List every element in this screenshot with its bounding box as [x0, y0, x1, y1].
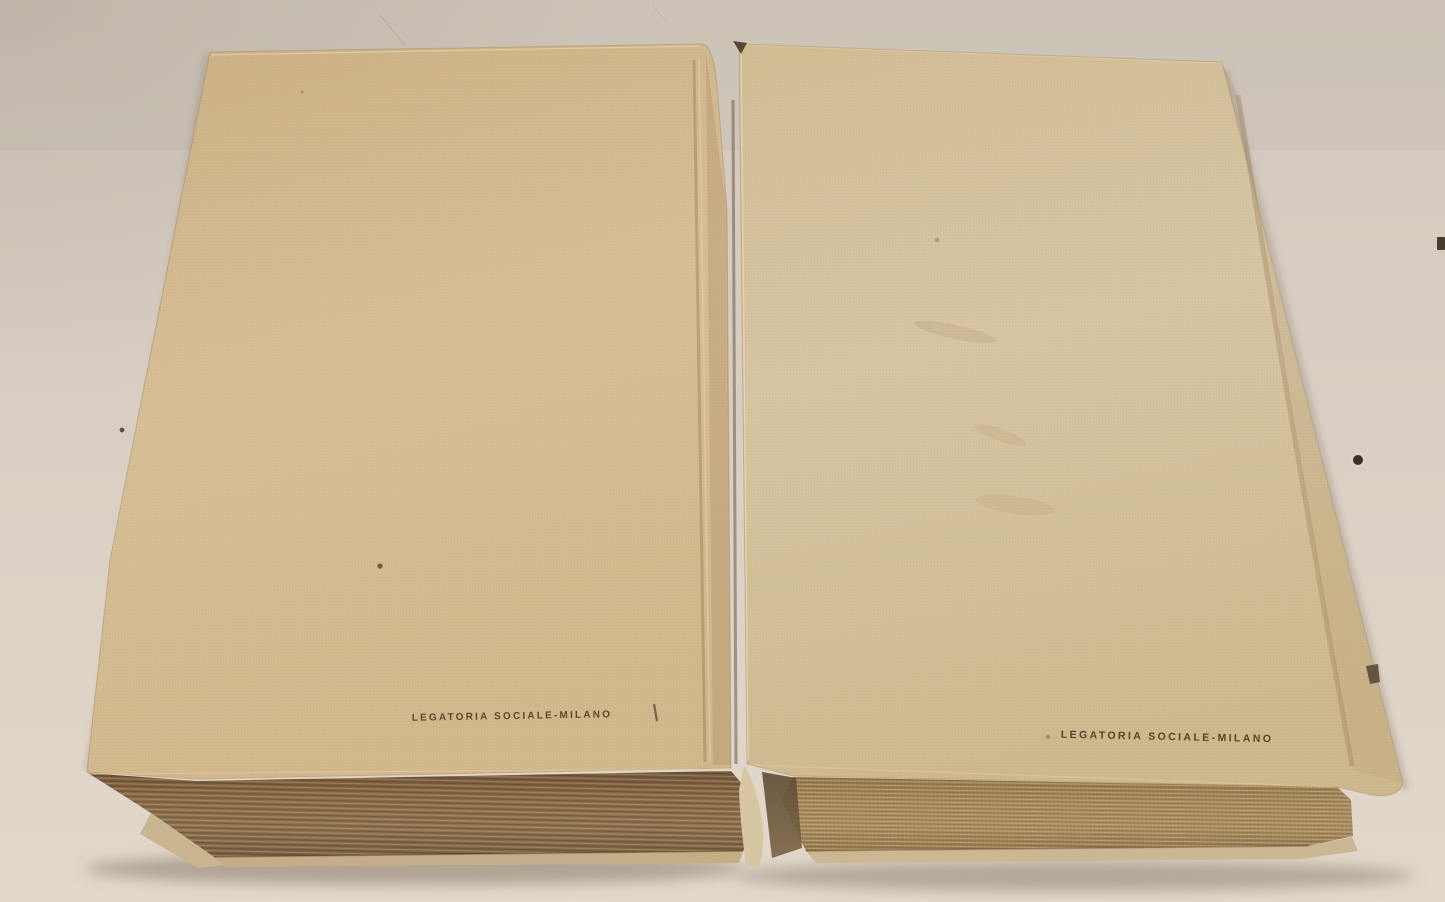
edge-speck [1437, 237, 1445, 250]
right-book-page-texture-vertical [781, 777, 1353, 851]
left-book-page-block [88, 771, 753, 868]
surface-speck [120, 428, 125, 433]
photo-scene: LEGATORIA SOCIALE-MILANO [0, 0, 1445, 902]
scene-canvas: LEGATORIA SOCIALE-MILANO [0, 0, 1445, 902]
cover-speck [377, 563, 382, 568]
cover-speck [935, 238, 940, 243]
cover-speck [301, 91, 304, 94]
right-book-page-block [781, 777, 1358, 863]
left-book: LEGATORIA SOCIALE-MILANO [87, 44, 753, 868]
right-book-shadow [735, 861, 1415, 891]
surface-hole [1353, 455, 1363, 465]
cover-speck [1046, 735, 1050, 739]
